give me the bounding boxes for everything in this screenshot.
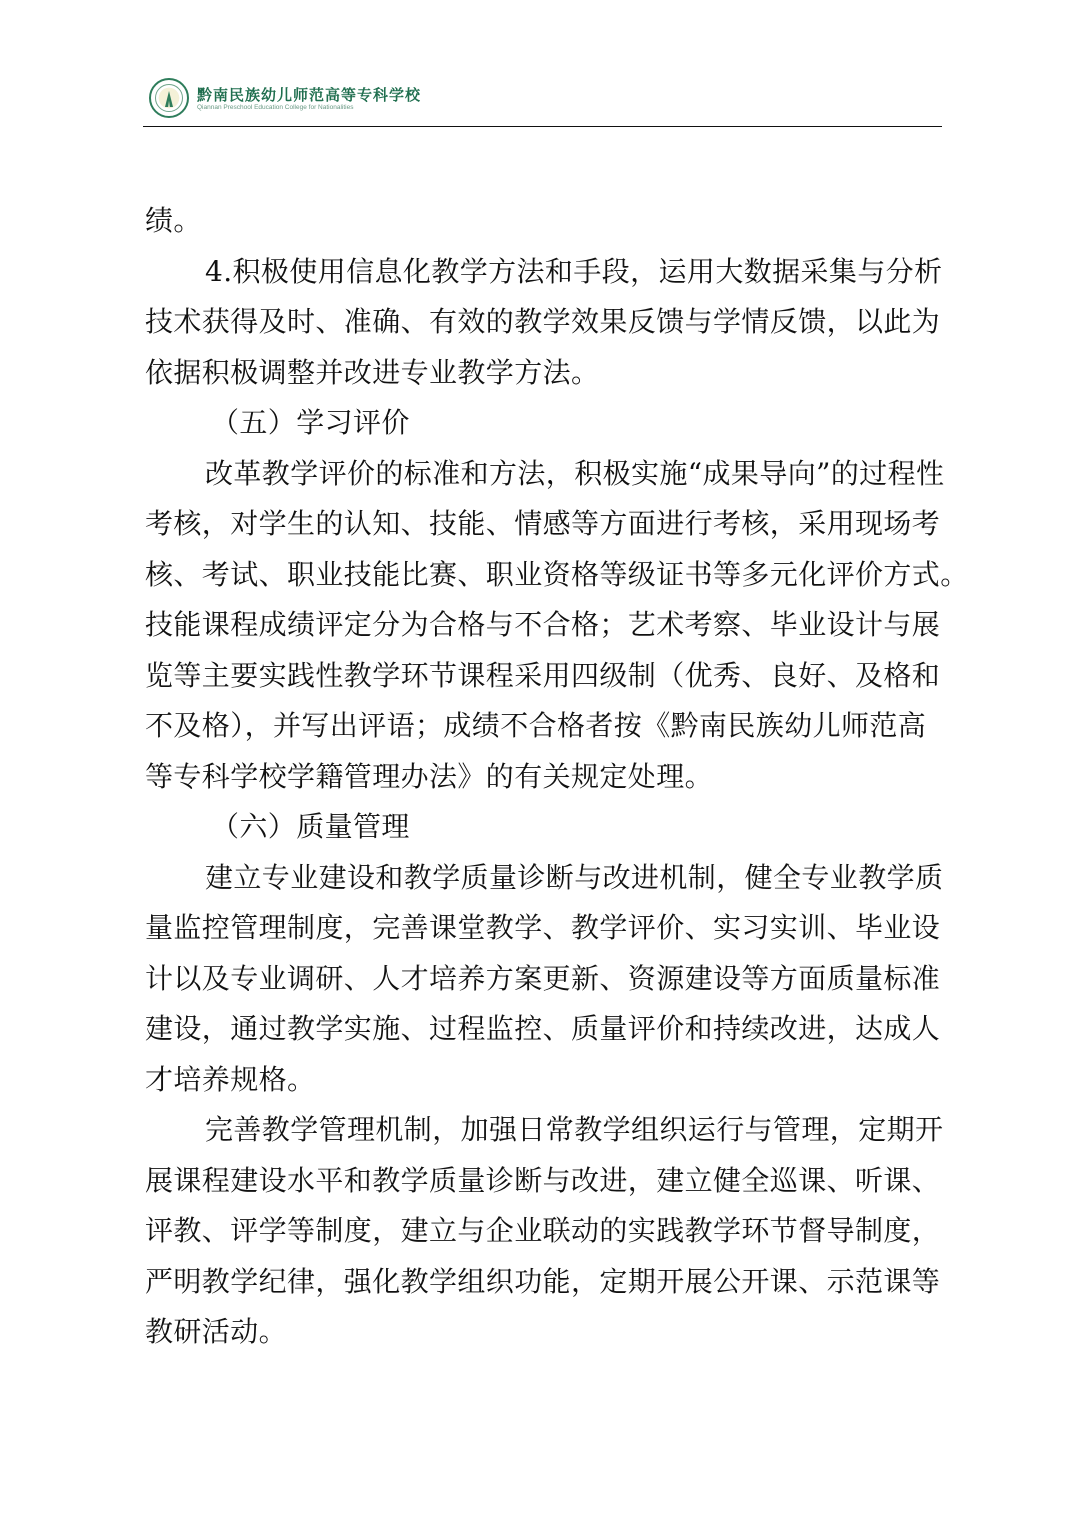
paragraph-first-line: 4.积极使用信息化教学方法和手段，运用大数据采集与分析 — [145, 247, 945, 298]
college-emblem-icon — [149, 78, 189, 118]
document-header: 黔南民族幼儿师范高等专科学校 Qiannan Preschool Educati… — [143, 74, 943, 126]
text-line: 技能课程成绩评定分为合格与不合格；艺术考察、毕业设计与展 — [145, 600, 945, 651]
text-line: 展课程建设水平和教学质量诊断与改进，建立健全巡课、听课、 — [145, 1156, 945, 1207]
text-line: 计以及专业调研、人才培养方案更新、资源建设等方面质量标准 — [145, 954, 945, 1005]
text-line: 评教、评学等制度，建立与企业联动的实践教学环节督导制度， — [145, 1206, 945, 1257]
text-line: 不及格），并写出评语；成绩不合格者按《黔南民族幼儿师范高 — [145, 701, 945, 752]
text-line: 绩。 — [145, 196, 945, 247]
text-line: 览等主要实践性教学环节课程采用四级制（优秀、良好、及格和 — [145, 651, 945, 702]
text-line: 依据积极调整并改进专业教学方法。 — [145, 348, 945, 399]
text-line: 才培养规格。 — [145, 1055, 945, 1106]
header-divider — [143, 126, 942, 127]
college-name-en: Qiannan Preschool Education College for … — [197, 104, 353, 111]
text-line: 技术获得及时、准确、有效的教学效果反馈与学情反馈，以此为 — [145, 297, 945, 348]
college-name-cn: 黔南民族幼儿师范高等专科学校 — [197, 84, 421, 105]
section-heading: （六）质量管理 — [145, 802, 945, 853]
text-line: 量监控管理制度，完善课堂教学、教学评价、实习实训、毕业设 — [145, 903, 945, 954]
paragraph-first-line: 建立专业建设和教学质量诊断与改进机制，健全专业教学质 — [145, 853, 945, 904]
text-line: 建设，通过教学实施、过程监控、质量评价和持续改进，达成人 — [145, 1004, 945, 1055]
section-heading: （五）学习评价 — [145, 398, 945, 449]
document-body: 绩。 4.积极使用信息化教学方法和手段，运用大数据采集与分析 技术获得及时、准确… — [145, 196, 945, 1358]
paragraph-first-line: 完善教学管理机制，加强日常教学组织运行与管理，定期开 — [145, 1105, 945, 1156]
text-line: 考核，对学生的认知、技能、情感等方面进行考核，采用现场考 — [145, 499, 945, 550]
paragraph-first-line: 改革教学评价的标准和方法，积极实施“成果导向”的过程性 — [145, 449, 945, 500]
text-line: 等专科学校学籍管理办法》的有关规定处理。 — [145, 752, 945, 803]
text-line: 教研活动。 — [145, 1307, 945, 1358]
text-line: 核、考试、职业技能比赛、职业资格等级证书等多元化评价方式。 — [145, 550, 945, 601]
text-line: 严明教学纪律，强化教学组织功能，定期开展公开课、示范课等 — [145, 1257, 945, 1308]
